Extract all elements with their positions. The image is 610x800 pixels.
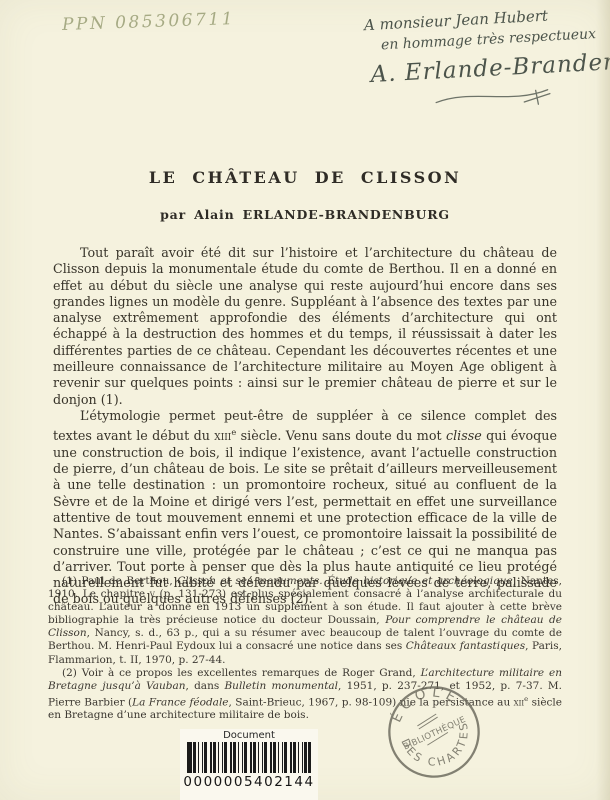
footnote-2: (2) Voir à ce propos les excellentes rem…: [48, 667, 562, 723]
article-byline: par Alain ERLANDE-BRANDENBURG: [54, 207, 556, 222]
barcode-bars-icon: [187, 742, 311, 773]
footnote-1: (1) Paul de Berthou, Clisson et ses monu…: [48, 575, 562, 667]
barcode-label: Document 0000005402144: [180, 729, 318, 800]
ppn-handwritten-annotation: PPN 085306711: [62, 9, 236, 35]
footnotes-section: (1) Paul de Berthou, Clisson et ses monu…: [48, 575, 562, 723]
article-title: LE CHÂTEAU DE CLISSON: [54, 168, 556, 187]
scan-edge-shading: [596, 0, 610, 800]
article-body: Tout paraît avoir été dit sur l’histoire…: [53, 245, 557, 608]
stamp-ornament-lines: [416, 714, 439, 729]
author-signature: A. Erlande-Brandenburg: [370, 50, 605, 88]
handwritten-dedication: A monsieur Jean Hubert en hommage très r…: [362, 4, 607, 116]
signature-flourish-icon: [431, 80, 562, 113]
scanned-document-page: PPN 085306711 A monsieur Jean Hubert en …: [0, 0, 610, 800]
paragraph-1: Tout paraît avoir été dit sur l’histoire…: [53, 245, 557, 408]
barcode-number: 0000005402144: [180, 774, 318, 790]
barcode-title: Document: [180, 729, 318, 741]
